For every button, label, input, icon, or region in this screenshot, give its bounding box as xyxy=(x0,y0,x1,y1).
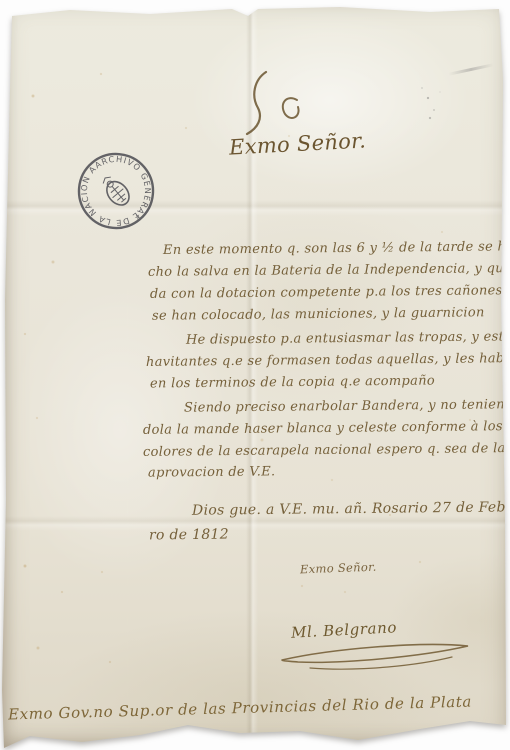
signature-flourish xyxy=(0,0,510,750)
paper-shadow: ARCHIVO GENERAL DE LA NACION ARGENTINA ✯ xyxy=(0,0,510,750)
manuscript-photo: ARCHIVO GENERAL DE LA NACION ARGENTINA ✯ xyxy=(0,0,510,750)
manuscript-paper: ARCHIVO GENERAL DE LA NACION ARGENTINA ✯ xyxy=(0,0,510,750)
